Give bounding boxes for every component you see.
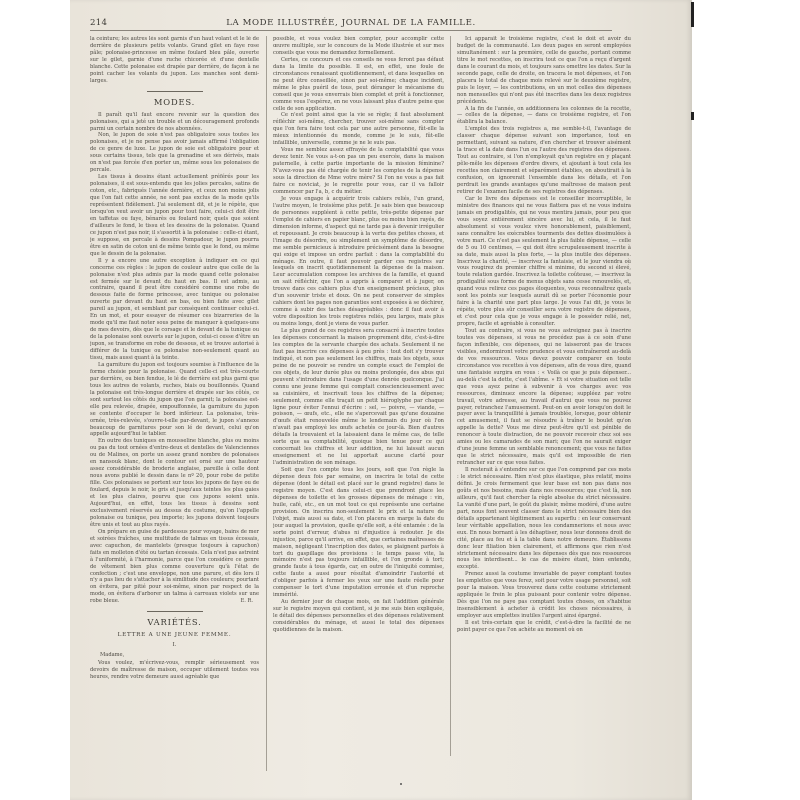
paragraph: Les tissus à dessins étant actuellement … <box>90 174 259 257</box>
paragraph: Il est très-certain que le crédit, c'est… <box>457 620 631 634</box>
paragraph: Prenez aussi la coutume invariable de pa… <box>457 571 631 620</box>
author-signature: E. R. <box>232 598 253 605</box>
paragraph: Il paraît qu'il faut encore revenir sur … <box>90 112 259 133</box>
page-edge-shadow <box>691 2 694 27</box>
paragraph: En outre des tuniques en mousseline blan… <box>90 438 259 528</box>
paragraph: Car le livre des dépenses est le conseil… <box>457 196 631 328</box>
letter-number: I. <box>90 642 259 649</box>
letter-title: LETTRE A UNE JEUNE FEMME. <box>90 632 259 639</box>
paragraph: Il y a encore une autre exception à indi… <box>90 258 259 362</box>
column-1: la ceinture; les autres lés sont garnis … <box>90 36 259 800</box>
paragraph: Non, le jupon de soie n'est pas obligato… <box>90 132 259 174</box>
column-rule <box>266 36 267 771</box>
salutation: Madame, <box>90 652 259 659</box>
paragraph: Vous voulez, m'écrivez-vous, remplir sér… <box>90 660 259 681</box>
section-heading-modes: MODES. <box>90 99 259 106</box>
print-speck <box>400 783 402 785</box>
paragraph: A la fin de l'année, on additionnera les… <box>457 106 631 127</box>
paragraph: Tout au contraire, si vous ne vous astre… <box>457 328 631 467</box>
paragraph: Au dernier jour de chaque mois, on fait … <box>273 599 444 634</box>
paragraph: Le plus grand de ces registres sera cons… <box>273 328 444 467</box>
section-heading-varietes: VARIÉTÉS. <box>90 619 259 626</box>
intro-paragraph: la ceinture; les autres lés sont garnis … <box>90 36 259 85</box>
paragraph: Je vous engage à acquérir trois cahiers … <box>273 196 444 328</box>
paragraph: Soit que l'on compte tous les jours, soi… <box>273 467 444 599</box>
section-divider <box>147 611 203 612</box>
paragraph: Certes, ce concours et ces conseils ne v… <box>273 57 444 113</box>
page-edge-shadow <box>691 112 694 120</box>
paragraph: Vous me semblez assez effrayée de la com… <box>273 147 444 196</box>
column-2: possible, et vous voulez bien compter, p… <box>273 36 444 786</box>
column-3: Ici apparaît le troisième registre, c'es… <box>457 36 631 766</box>
paragraph: La garniture du jupon est toujours soumi… <box>90 362 259 438</box>
paragraph: Ce n'est point ainsi que la vie se règle… <box>273 112 444 147</box>
paragraph: On prépare en guise de pardessus pour vo… <box>90 529 259 605</box>
running-head: 214 LA MODE ILLUSTRÉE, JOURNAL DE LA FAM… <box>90 16 612 31</box>
paragraph-text: On prépare en guise de pardessus pour vo… <box>90 529 259 605</box>
column-rule <box>450 36 451 756</box>
section-divider <box>147 91 203 92</box>
paragraph: possible, et vous voulez bien compter, p… <box>273 36 444 57</box>
paragraph: Ici apparaît le troisième registre, c'es… <box>457 36 631 106</box>
journal-title: LA MODE ILLUSTRÉE, JOURNAL DE LA FAMILLE… <box>90 18 612 28</box>
paragraph: L'emploi des trois registres a, me sembl… <box>457 126 631 196</box>
paragraph: Il resterait à s'entendre sur ce que l'o… <box>457 467 631 571</box>
